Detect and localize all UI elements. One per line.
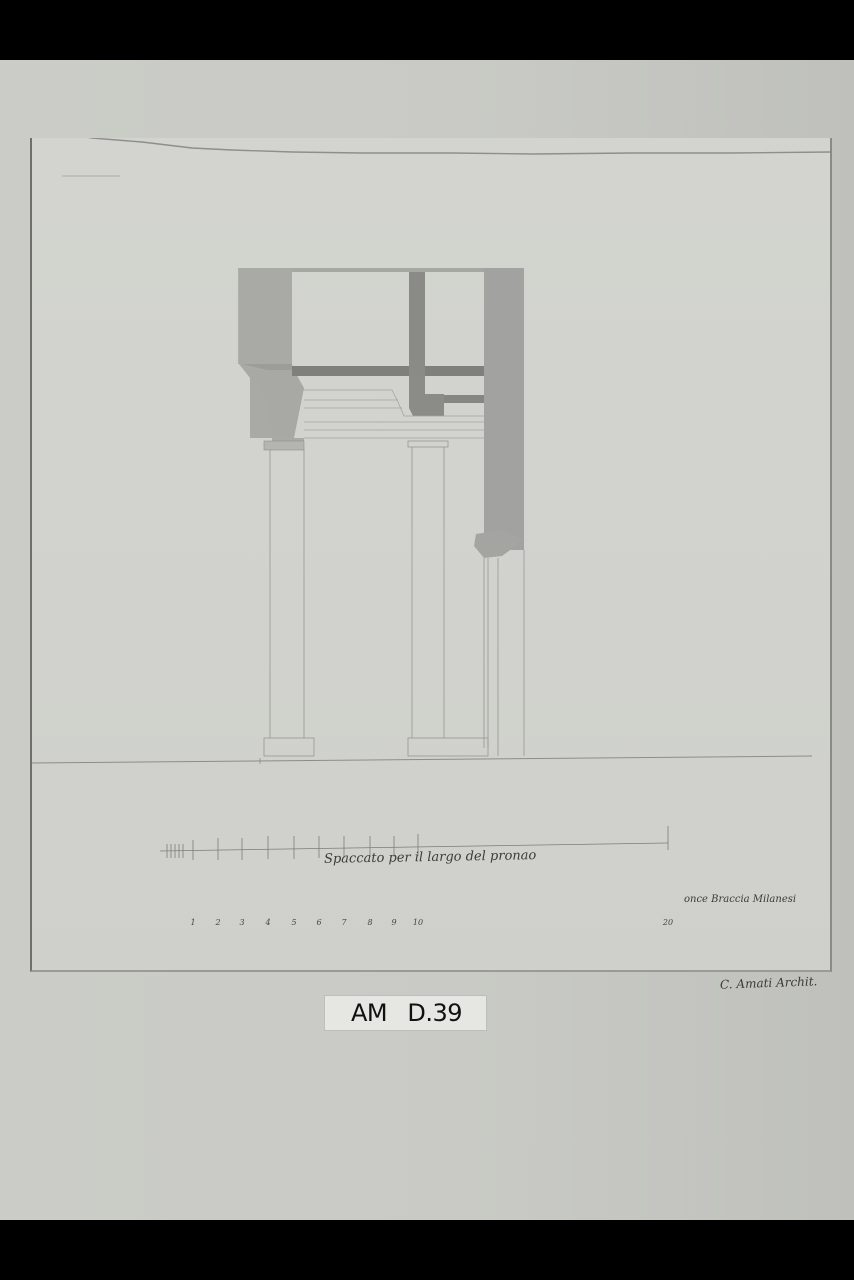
scale-label: 7: [341, 918, 346, 927]
scale-label: 2: [215, 918, 220, 927]
architectural-section-drawing: [32, 138, 830, 970]
scale-label: 5: [291, 918, 296, 927]
scale-label: 4: [265, 918, 270, 927]
scale-label: 8: [367, 918, 372, 927]
scale-label: 9: [391, 918, 396, 927]
archive-collection: AM: [351, 999, 387, 1027]
scale-label: 1: [190, 918, 195, 927]
archive-item-number: D.39: [407, 999, 462, 1027]
architect-signature: C. Amati Archit.: [720, 974, 818, 991]
scale-label: 10: [413, 918, 423, 927]
archive-label: AM D.39: [324, 995, 487, 1031]
scale-label: 20: [663, 918, 673, 927]
scale-label: 6: [316, 918, 321, 927]
photo-frame: Spaccato per il largo del pronao 1 2 3 4…: [0, 60, 854, 1220]
drawing-sheet: Spaccato per il largo del pronao 1 2 3 4…: [30, 138, 832, 972]
scale-unit-label: once Braccia Milanesi: [684, 894, 796, 905]
scale-label: 3: [239, 918, 244, 927]
